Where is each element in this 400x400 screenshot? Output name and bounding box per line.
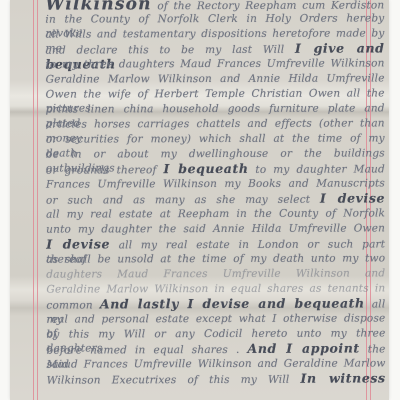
manuscript-line: prints linen china household goods furni… xyxy=(46,101,385,117)
manuscript-line: before named in equal shares . And I app… xyxy=(47,341,386,357)
manuscript-line: common And lastly I devise and bequeath … xyxy=(46,296,385,312)
manuscript-line: or securities for money) which shall at … xyxy=(46,131,385,147)
document-page: Wilkinson of the Rectory Reepham cum Ker… xyxy=(10,0,389,400)
manuscript-line: Wilkinson Executrixes of this my Will In… xyxy=(47,371,386,387)
manuscript-line: real and personal estate except what I o… xyxy=(46,311,385,327)
manuscript-segment: before named in equal shares . xyxy=(47,344,240,357)
manuscript-line: unto my daughter the said Annie Hilda Um… xyxy=(46,221,385,237)
emphasized-phrase: I bequeath xyxy=(163,161,248,176)
manuscript-segment: or such and as many as she may select xyxy=(46,194,310,207)
emphasized-phrase: In witness xyxy=(300,370,385,385)
manuscript-line: in the County of Norfolk Clerk in Holy O… xyxy=(45,11,384,27)
emphasized-phrase: And I appoint xyxy=(247,340,359,355)
emphasized-phrase: And lastly I devise and bequeath xyxy=(100,295,365,311)
manuscript-line: all my real estate at Reepham in the Cou… xyxy=(46,206,385,222)
manuscript-segment: Geraldine Marlow Wilkinson and Annie Hil… xyxy=(46,72,385,85)
manuscript-segment: as shall be unsold at the time of my dea… xyxy=(46,252,385,265)
manuscript-segment: Geraldine Marlow Wilkinson in equal shar… xyxy=(46,282,385,295)
manuscript-line: as shall be unsold at the time of my dea… xyxy=(46,251,385,267)
manuscript-segment: or grounds thereof xyxy=(46,164,157,176)
manuscript-segment: common xyxy=(46,299,92,311)
margin-rule-left xyxy=(33,0,38,400)
manuscript-segment: and declare this to be my last Will xyxy=(45,44,284,57)
manuscript-segment: all my real estate at Reepham in the Cou… xyxy=(46,207,385,220)
manuscript-line: Owen the wife of Herbert Temple Christia… xyxy=(46,86,385,102)
manuscript-segment: daughters Maud Frances Umfreville Wilkin… xyxy=(46,267,385,280)
manuscript-segment: to my three daughters Maud Frances Umfre… xyxy=(46,57,385,70)
manuscript-segment: unto my daughter the said Annie Hilda Um… xyxy=(46,222,385,235)
manuscript-line: Geraldine Marlow Wilkinson in equal shar… xyxy=(46,281,385,297)
manuscript-line: or grounds thereof I bequeath to my daug… xyxy=(46,161,385,177)
manuscript-segment: of the Rectory Reepham cum Kerdiston xyxy=(157,0,384,12)
manuscript-line: and declare this to be my last Will I gi… xyxy=(45,41,384,57)
manuscript-segment: Frances Umfreville Wilkinson my Books an… xyxy=(46,177,385,190)
manuscript-line: daughters Maud Frances Umfreville Wilkin… xyxy=(46,266,385,282)
emphasized-phrase: I devise xyxy=(46,236,110,251)
emphasized-phrase: I devise xyxy=(320,190,385,205)
manuscript-segment: Wilkinson Executrixes of this my Will xyxy=(47,374,290,387)
manuscript-line: Geraldine Marlow Wilkinson and Annie Hil… xyxy=(46,71,385,87)
scan-background: Wilkinson of the Rectory Reepham cum Ker… xyxy=(0,0,400,400)
manuscript-segment: Maud Frances Umfreville Wilkinson and Ge… xyxy=(47,357,386,370)
manuscript-segment: to my daughter Maud xyxy=(255,163,385,175)
manuscript-text: Wilkinson of the Rectory Reepham cum Ker… xyxy=(45,0,385,388)
manuscript-line: to my three daughters Maud Frances Umfre… xyxy=(46,56,385,72)
manuscript-line: I devise all my real estate in London or… xyxy=(46,236,385,252)
manuscript-line: or such and as many as she may select I … xyxy=(46,191,385,207)
manuscript-line: articles horses carriages chattels and e… xyxy=(46,116,385,132)
